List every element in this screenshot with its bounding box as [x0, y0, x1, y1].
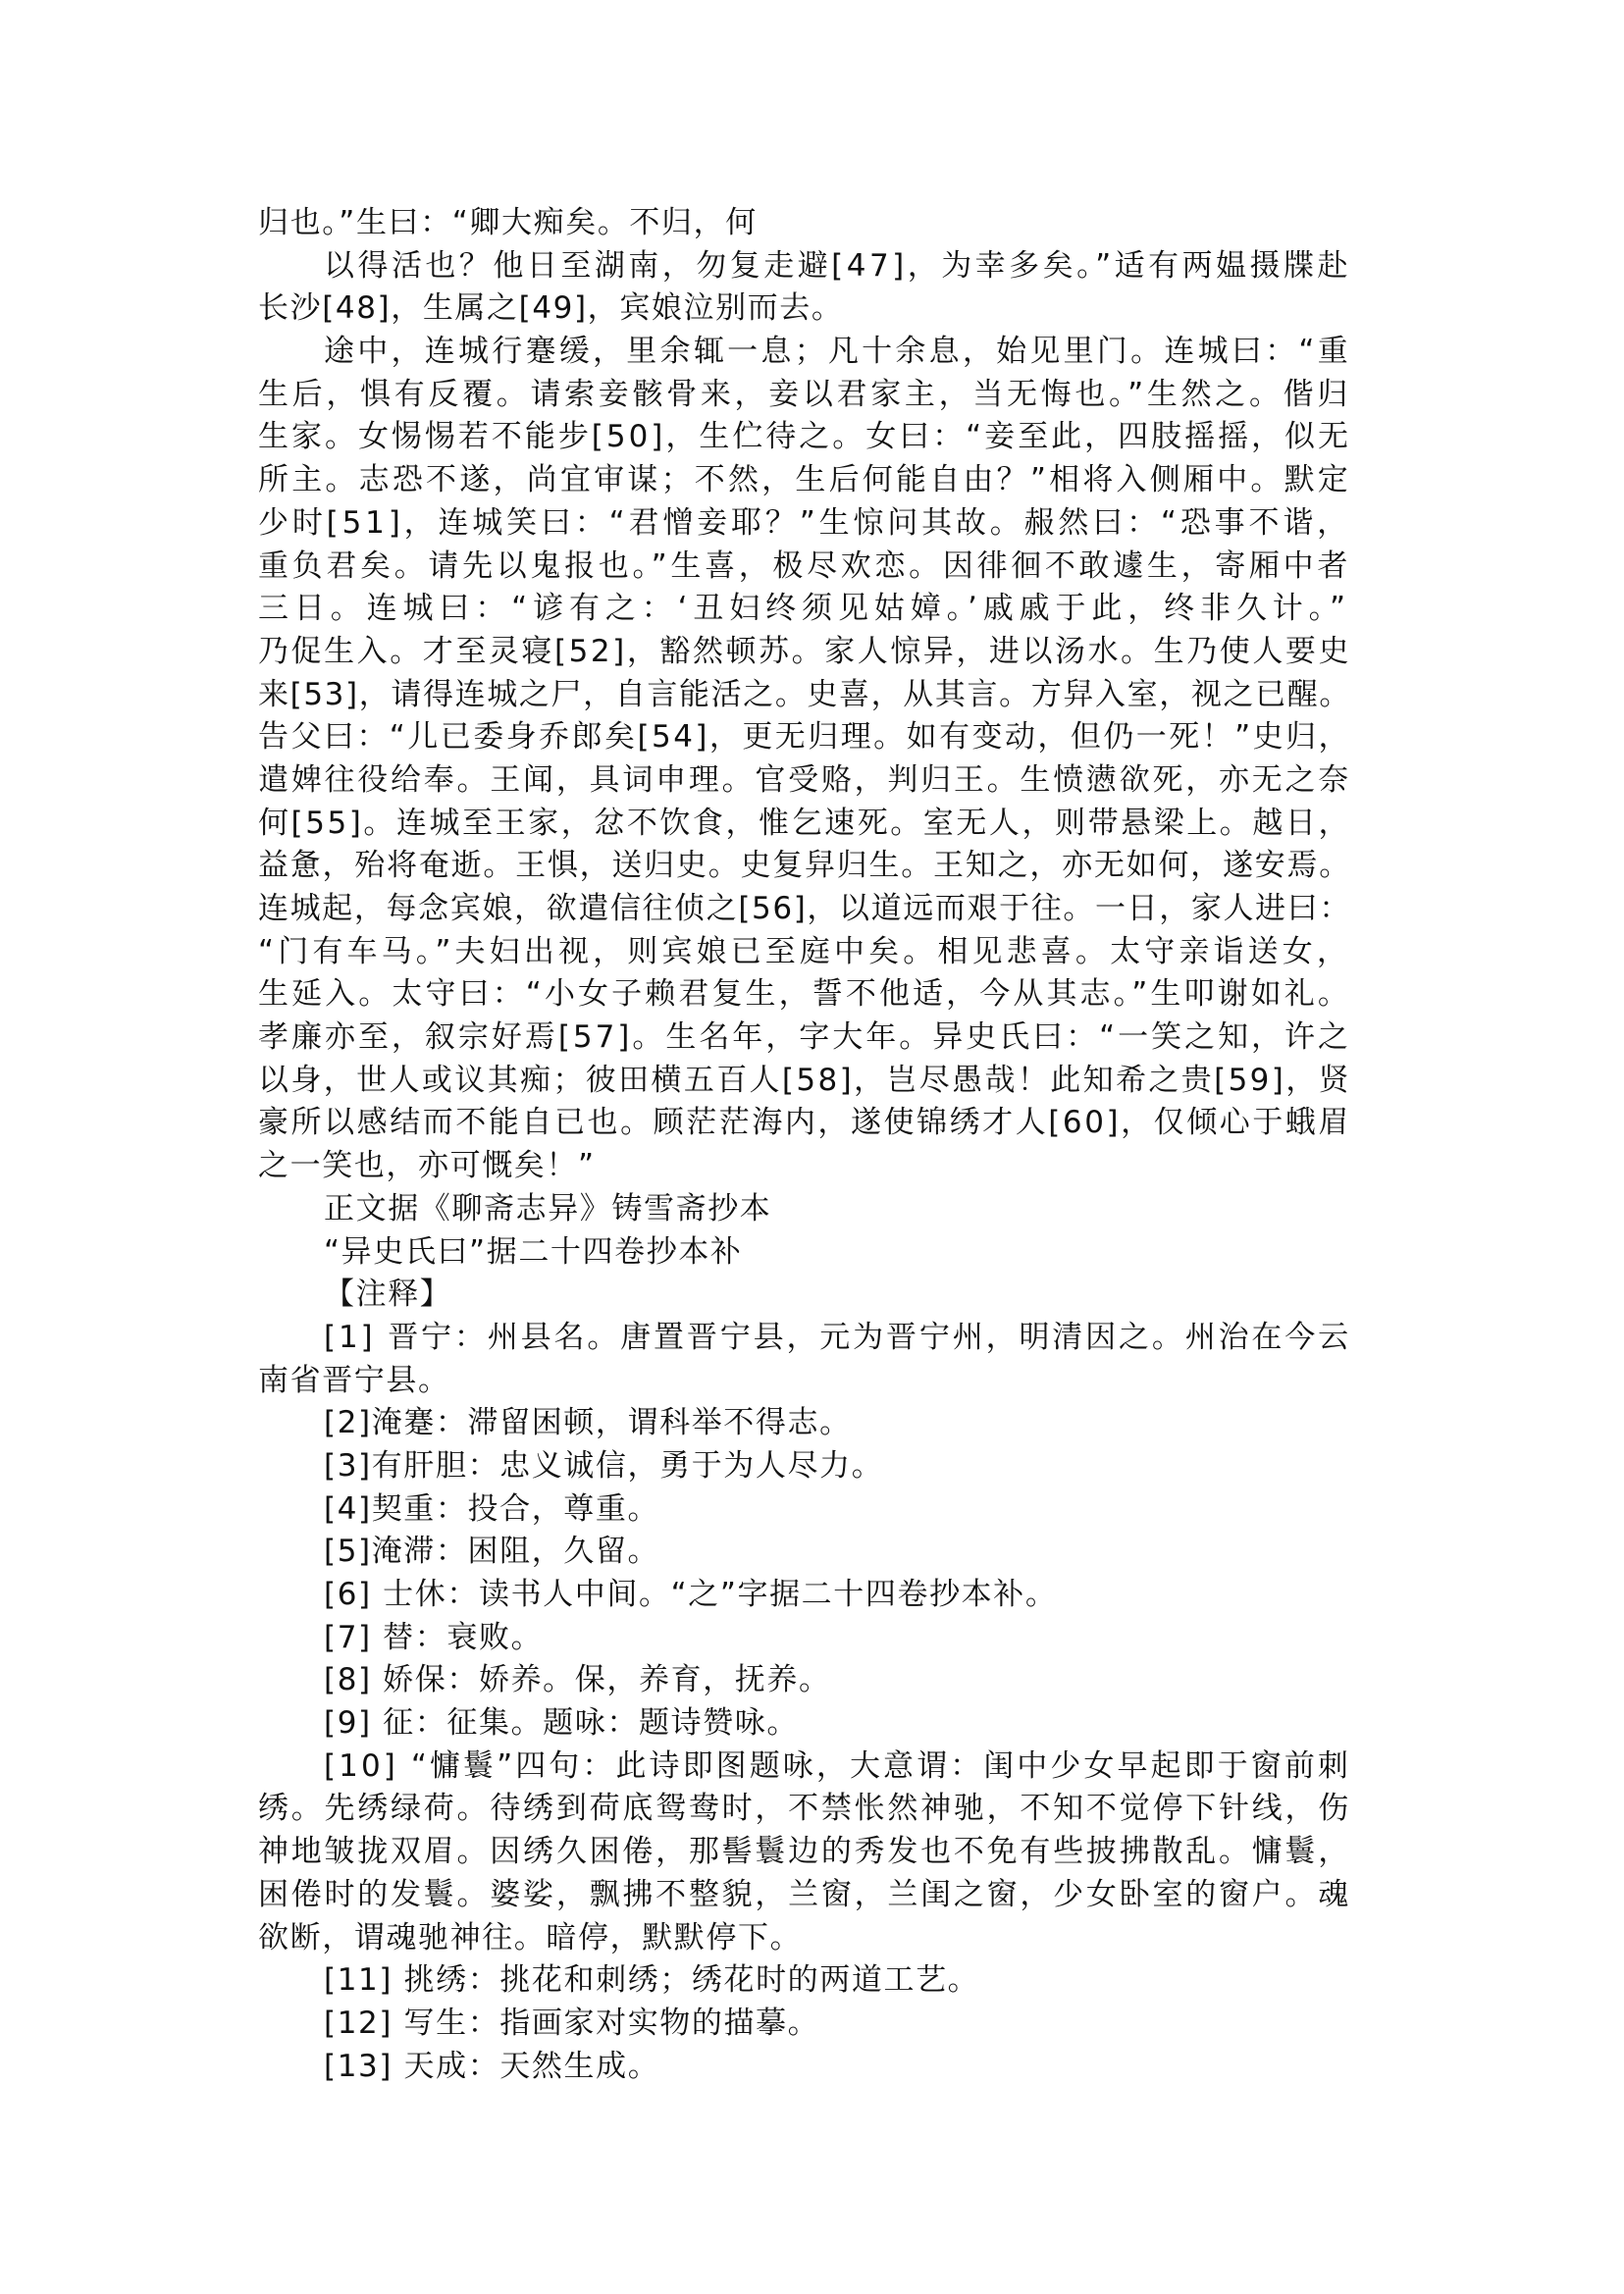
text-line: 何[55]。连城至王家，忿不饮食，惟乞速死。室无人，则带悬梁上。越日， — [258, 803, 1351, 846]
text-line: [9] 征：征集。题咏：题诗赞咏。 — [258, 1702, 1351, 1746]
text-line: 途中，连城行蹇缓，里余辄一息；凡十余息，始见里门。连城曰：“重 — [258, 331, 1351, 374]
text-line: 正文据《聊斋志异》铸雪斋抄本 — [258, 1188, 1351, 1231]
text-line: 归也。”生曰：“卿大痴矣。不归，何 — [258, 202, 1351, 245]
text-line: [10] “慵鬟”四句：此诗即图题咏，大意谓：闺中少女早起即于窗前刺 — [258, 1746, 1351, 1789]
text-line: [4]契重：投合，尊重。 — [258, 1488, 1351, 1532]
text-line: 所主。志恐不遂，尚宜审谋；不然，生后何能自由？”相将入侧厢中。默定 — [258, 459, 1351, 502]
text-line: 欲断，谓魂驰神往。暗停，默默停下。 — [258, 1917, 1351, 1960]
text-line: 长沙[48]，生属之[49]，宾娘泣别而去。 — [258, 287, 1351, 331]
text-line: 南省晋宁县。 — [258, 1360, 1351, 1403]
text-line: [3]有肝胆：忠义诚信，勇于为人尽力。 — [258, 1445, 1351, 1488]
text-line: [11] 挑绣：挑花和刺绣；绣花时的两道工艺。 — [258, 1959, 1351, 2003]
text-line: 益惫，殆将奄逝。王惧，送归史。史复舁归生。王知之，亦无如何，遂安焉。 — [258, 845, 1351, 888]
text-line: 之一笑也，亦可慨矣！” — [258, 1145, 1351, 1188]
text-line: 三日。连城曰：“谚有之：‘丑妇终须见姑嫜。’戚戚于此，终非久计。” — [258, 588, 1351, 631]
text-line: [12] 写生：指画家对实物的描摹。 — [258, 2003, 1351, 2046]
text-line: [8] 娇保：娇养。保，养育，抚养。 — [258, 1659, 1351, 1702]
text-line: 生延入。太守曰：“小女子赖君复生，誓不他适，今从其志。”生叩谢如礼。 — [258, 973, 1351, 1017]
text-line: 告父曰：“儿已委身乔郎矣[54]，更无归理。如有变动，但仍一死！”史归， — [258, 716, 1351, 759]
text-line: 来[53]，请得连城之尸，自言能活之。史喜，从其言。方舁入室，视之已醒。 — [258, 674, 1351, 717]
text-line: [7] 替：衰败。 — [258, 1617, 1351, 1660]
text-line: 困倦时的发鬟。婆娑，飘拂不整貌，兰窗，兰闺之窗，少女卧室的窗户。魂 — [258, 1874, 1351, 1917]
text-line: “异史氏曰”据二十四卷抄本补 — [258, 1231, 1351, 1275]
text-line: 孝廉亦至，叙宗好焉[57]。生名年，字大年。异史氏曰：“一笑之知，许之 — [258, 1017, 1351, 1060]
text-line: 连城起，每念宾娘，欲遣信往侦之[56]，以道远而艰于往。一日，家人进曰： — [258, 888, 1351, 931]
text-line: 重负君矣。请先以鬼报也。”生喜，极尽欢恋。因徘徊不敢遽生，寄厢中者 — [258, 546, 1351, 589]
text-line: [5]淹滞：困阻，久留。 — [258, 1531, 1351, 1574]
text-line: 少时[51]，连城笑曰：“君憎妾耶？”生惊问其故。赧然曰：“恐事不谐， — [258, 502, 1351, 546]
text-line: 遣婢往役给奉。王闻，具词申理。官受赂，判归王。生愤懑欲死，亦无之奈 — [258, 759, 1351, 803]
text-line: [1] 晋宁：州县名。唐置晋宁县，元为晋宁州，明清因之。州治在今云 — [258, 1317, 1351, 1360]
text-line: [6] 士休：读书人中间。“之”字据二十四卷抄本补。 — [258, 1574, 1351, 1617]
text-line: 乃促生入。才至灵寝[52]，豁然顿苏。家人惊异，进以汤水。生乃使人要史 — [258, 631, 1351, 674]
text-line: 以得活也？他日至湖南，勿复走避[47]，为幸多矣。”适有两媪摄牒赴 — [258, 245, 1351, 288]
text-line: 神地皱拢双眉。因绣久困倦，那髻鬟边的秀发也不免有些披拂散乱。慵鬟， — [258, 1831, 1351, 1874]
text-line: 生家。女惕惕若不能步[50]，生伫待之。女曰：“妾至此，四肢摇摇，似无 — [258, 416, 1351, 459]
text-line: [2]淹蹇：滞留困顿，谓科举不得志。 — [258, 1402, 1351, 1445]
text-line: 【注释】 — [258, 1274, 1351, 1317]
text-line: 绣。先绣绿荷。待绣到荷底鸳鸯时，不禁怅然神驰，不知不觉停下针线，伤 — [258, 1788, 1351, 1831]
document-page: 归也。”生曰：“卿大痴矣。不归，何以得活也？他日至湖南，勿复走避[47]，为幸多… — [258, 202, 1351, 2088]
text-line: 生后，惧有反覆。请索妾骸骨来，妾以君家主，当无悔也。”生然之。偕归 — [258, 374, 1351, 417]
text-line: 豪所以感结而不能自已也。顾茫茫海内，遂使锦绣才人[60]，仅倾心于蛾眉 — [258, 1102, 1351, 1145]
text-line: [13] 天成：天然生成。 — [258, 2046, 1351, 2089]
text-line: “门有车马。”夫妇出视，则宾娘已至庭中矣。相见悲喜。太守亲诣送女， — [258, 931, 1351, 974]
text-line: 以身，世人或议其痴；彼田横五百人[58]，岂尽愚哉！此知希之贵[59]，贤 — [258, 1060, 1351, 1103]
